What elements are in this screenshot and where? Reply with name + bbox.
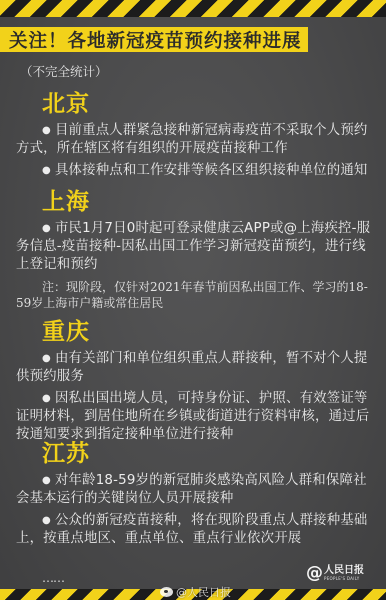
region-heading: 北京 [0,90,386,118]
hazard-stripe-top [0,0,386,17]
weibo-icon [160,587,173,597]
bullet-icon: ● [42,125,51,136]
section-beijing: 北京 ●目前重点人群紧急接种新冠病毒疫苗不采取个人预约方式，所在辖区将有组织的开… [0,90,386,180]
list-item: ●具体接种点和工作安排等候各区组织接种单位的通知 [0,162,386,180]
region-heading: 上海 [0,188,386,216]
bullet-icon: ● [42,393,51,404]
section-shanghai: 上海 ●市民1月7日0时起可登录健康云APP或@上海疾控-服务信息-疫苗接种-因… [0,188,386,311]
list-item: ●目前重点人群紧急接种新冠病毒疫苗不采取个人预约方式，所在辖区将有组织的开展疫苗… [0,122,386,158]
logo-name-en: PEOPLE'S DAILY [324,576,364,582]
title-banner: 关注！各地新冠疫苗预约接种进展 [0,27,308,52]
region-heading: 重庆 [0,318,386,346]
bullet-icon: ● [42,353,51,364]
list-item: ●对年龄18-59岁的新冠肺炎感染高风险人群和保障社会基本运行的关键岗位人员开展… [0,472,386,508]
ellipsis: …… [42,571,64,585]
list-item: ●因私出国出境人员，可持身份证、护照、有效签证等证明材料，到居住地所在乡镇或街道… [0,390,386,444]
bullet-icon: ● [42,223,51,234]
note-text: 注：现阶段，仅针对2021年春节前因私出国工作、学习的18-59岁上海市户籍或常… [0,279,386,311]
list-item: ●公众的新冠疫苗接种，将在现阶段重点人群接种基础上，按重点地区、重点单位、重点行… [0,512,386,548]
page-title: 关注！各地新冠疫苗预约接种进展 [9,27,302,53]
at-icon: @ [306,563,323,583]
peoples-daily-logo: @ 人民日报 PEOPLE'S DAILY [306,562,370,584]
list-item: ●市民1月7日0时起可登录健康云APP或@上海疾控-服务信息-疫苗接种-因私出国… [0,220,386,274]
subtitle: （不完全统计） [20,62,108,80]
logo-name-cn: 人民日报 [324,565,364,576]
bullet-icon: ● [42,475,51,486]
watermark-text: @人民日报 [176,584,231,600]
list-item: ●由有关部门和单位组织重点人群接种，暂不对个人提供预约服务 [0,350,386,386]
section-jiangsu: 江苏 ●对年龄18-59岁的新冠肺炎感染高风险人群和保障社会基本运行的关键岗位人… [0,440,386,548]
bullet-icon: ● [42,165,51,176]
region-heading: 江苏 [0,440,386,468]
section-chongqing: 重庆 ●由有关部门和单位组织重点人群接种，暂不对个人提供预约服务 ●因私出国出境… [0,318,386,444]
weibo-watermark: @人民日报 [160,585,231,599]
bullet-icon: ● [42,515,51,526]
